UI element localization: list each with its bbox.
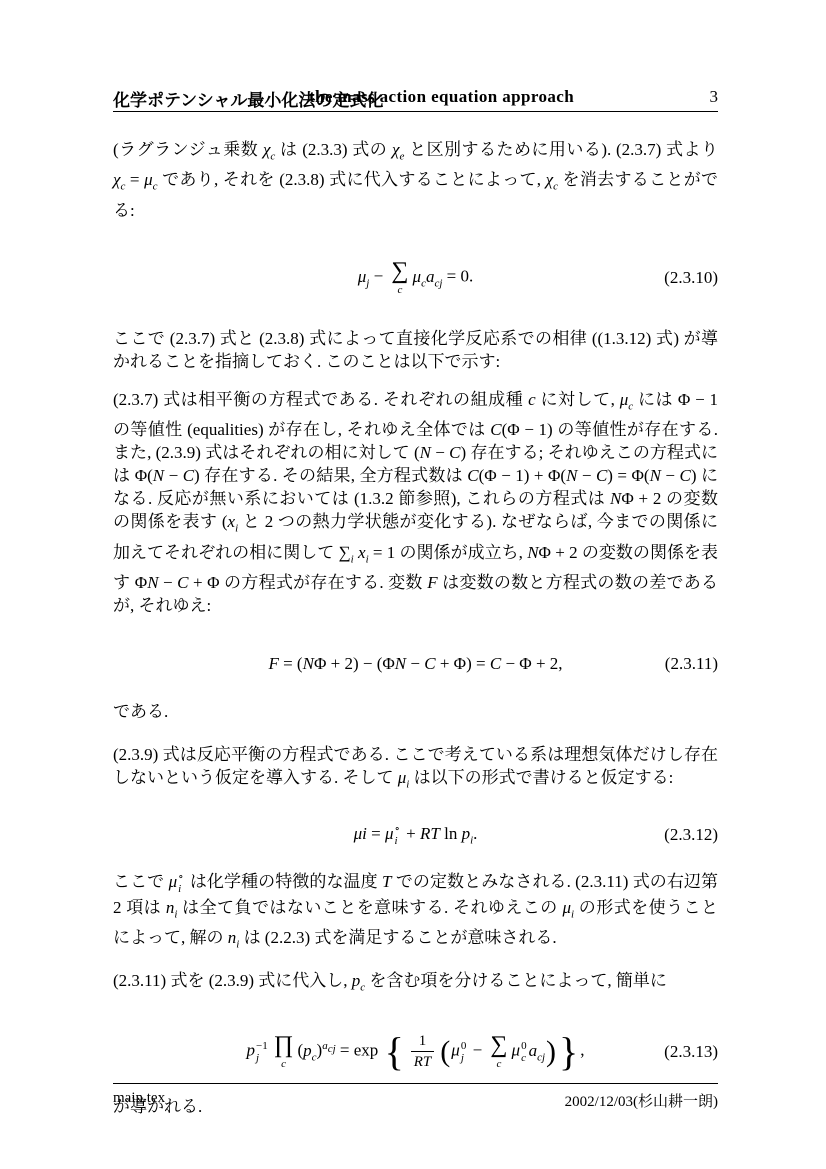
equation-2-3-13: p−1j∏c(pc)acj = exp {1RT(μ0j − ∑cμ0cacj)…	[113, 1024, 718, 1080]
equation-number: (2.3.12)	[664, 825, 718, 845]
footer-date-author: 2002/12/03(杉山耕一朗)	[565, 1090, 718, 1111]
equation-number: (2.3.11)	[665, 654, 718, 674]
equation-content: p−1j∏c(pc)acj = exp {1RT(μ0j − ∑cμ0cacj)…	[247, 1032, 585, 1072]
equation-2-3-10: μj − ∑cμcacj = 0. (2.3.10)	[113, 255, 718, 301]
footer-filename: main.tex	[113, 1090, 165, 1111]
equation-2-3-12: μi = μ∘i + RT ln pi. (2.3.12)	[113, 821, 718, 849]
equation-content: μi = μ∘i + RT ln pi.	[354, 823, 478, 848]
header-rule	[113, 111, 718, 112]
page-header: 化学ポテンシャル最小化法の定式化 the mass action equatio…	[113, 86, 718, 107]
equation-2-3-11: F = (NΦ + 2) − (ΦN − C + Φ) = C − Φ + 2,…	[113, 650, 718, 678]
equation-content: μj − ∑cμcacj = 0.	[358, 259, 474, 296]
page-content: 化学ポテンシャル最小化法の定式化 the mass action equatio…	[113, 0, 718, 1118]
equation-content: F = (NΦ + 2) − (ΦN − C + Φ) = C − Φ + 2,	[268, 654, 562, 674]
document-page: 化学ポテンシャル最小化法の定式化 the mass action equatio…	[0, 0, 826, 1169]
header-title-english: the mass action equation approach	[309, 87, 574, 107]
paragraph-lagrange-multiplier: (ラグランジュ乗数 χc は (2.3.3) 式の χe と区別するために用いる…	[113, 138, 718, 222]
paragraph-phase-rule-note: ここで (2.3.7) 式と (2.3.8) 式によって直接化学反応系での相律 …	[113, 327, 718, 373]
paragraph-reaction-equilibrium: (2.3.9) 式は反応平衡の方程式である. ここで考えている系は理想気体だけし…	[113, 743, 718, 796]
page-number: 3	[710, 87, 719, 107]
paragraph-equation-count: (2.3.7) 式は相平衡の方程式である. それぞれの組成種 c に対して, μ…	[113, 388, 718, 617]
paragraph-dearu: である.	[113, 700, 718, 723]
equation-number: (2.3.13)	[664, 1042, 718, 1062]
paragraph-mu-standard: ここで μ∘i は化学種の特徴的な温度 T での定数とみなされる. (2.3.1…	[113, 870, 718, 956]
paragraph-substitution: (2.3.11) 式を (2.3.9) 式に代入し, pc を含む項を分けること…	[113, 969, 718, 999]
equation-number: (2.3.10)	[664, 268, 718, 288]
page-footer: main.tex 2002/12/03(杉山耕一朗)	[113, 1083, 718, 1111]
